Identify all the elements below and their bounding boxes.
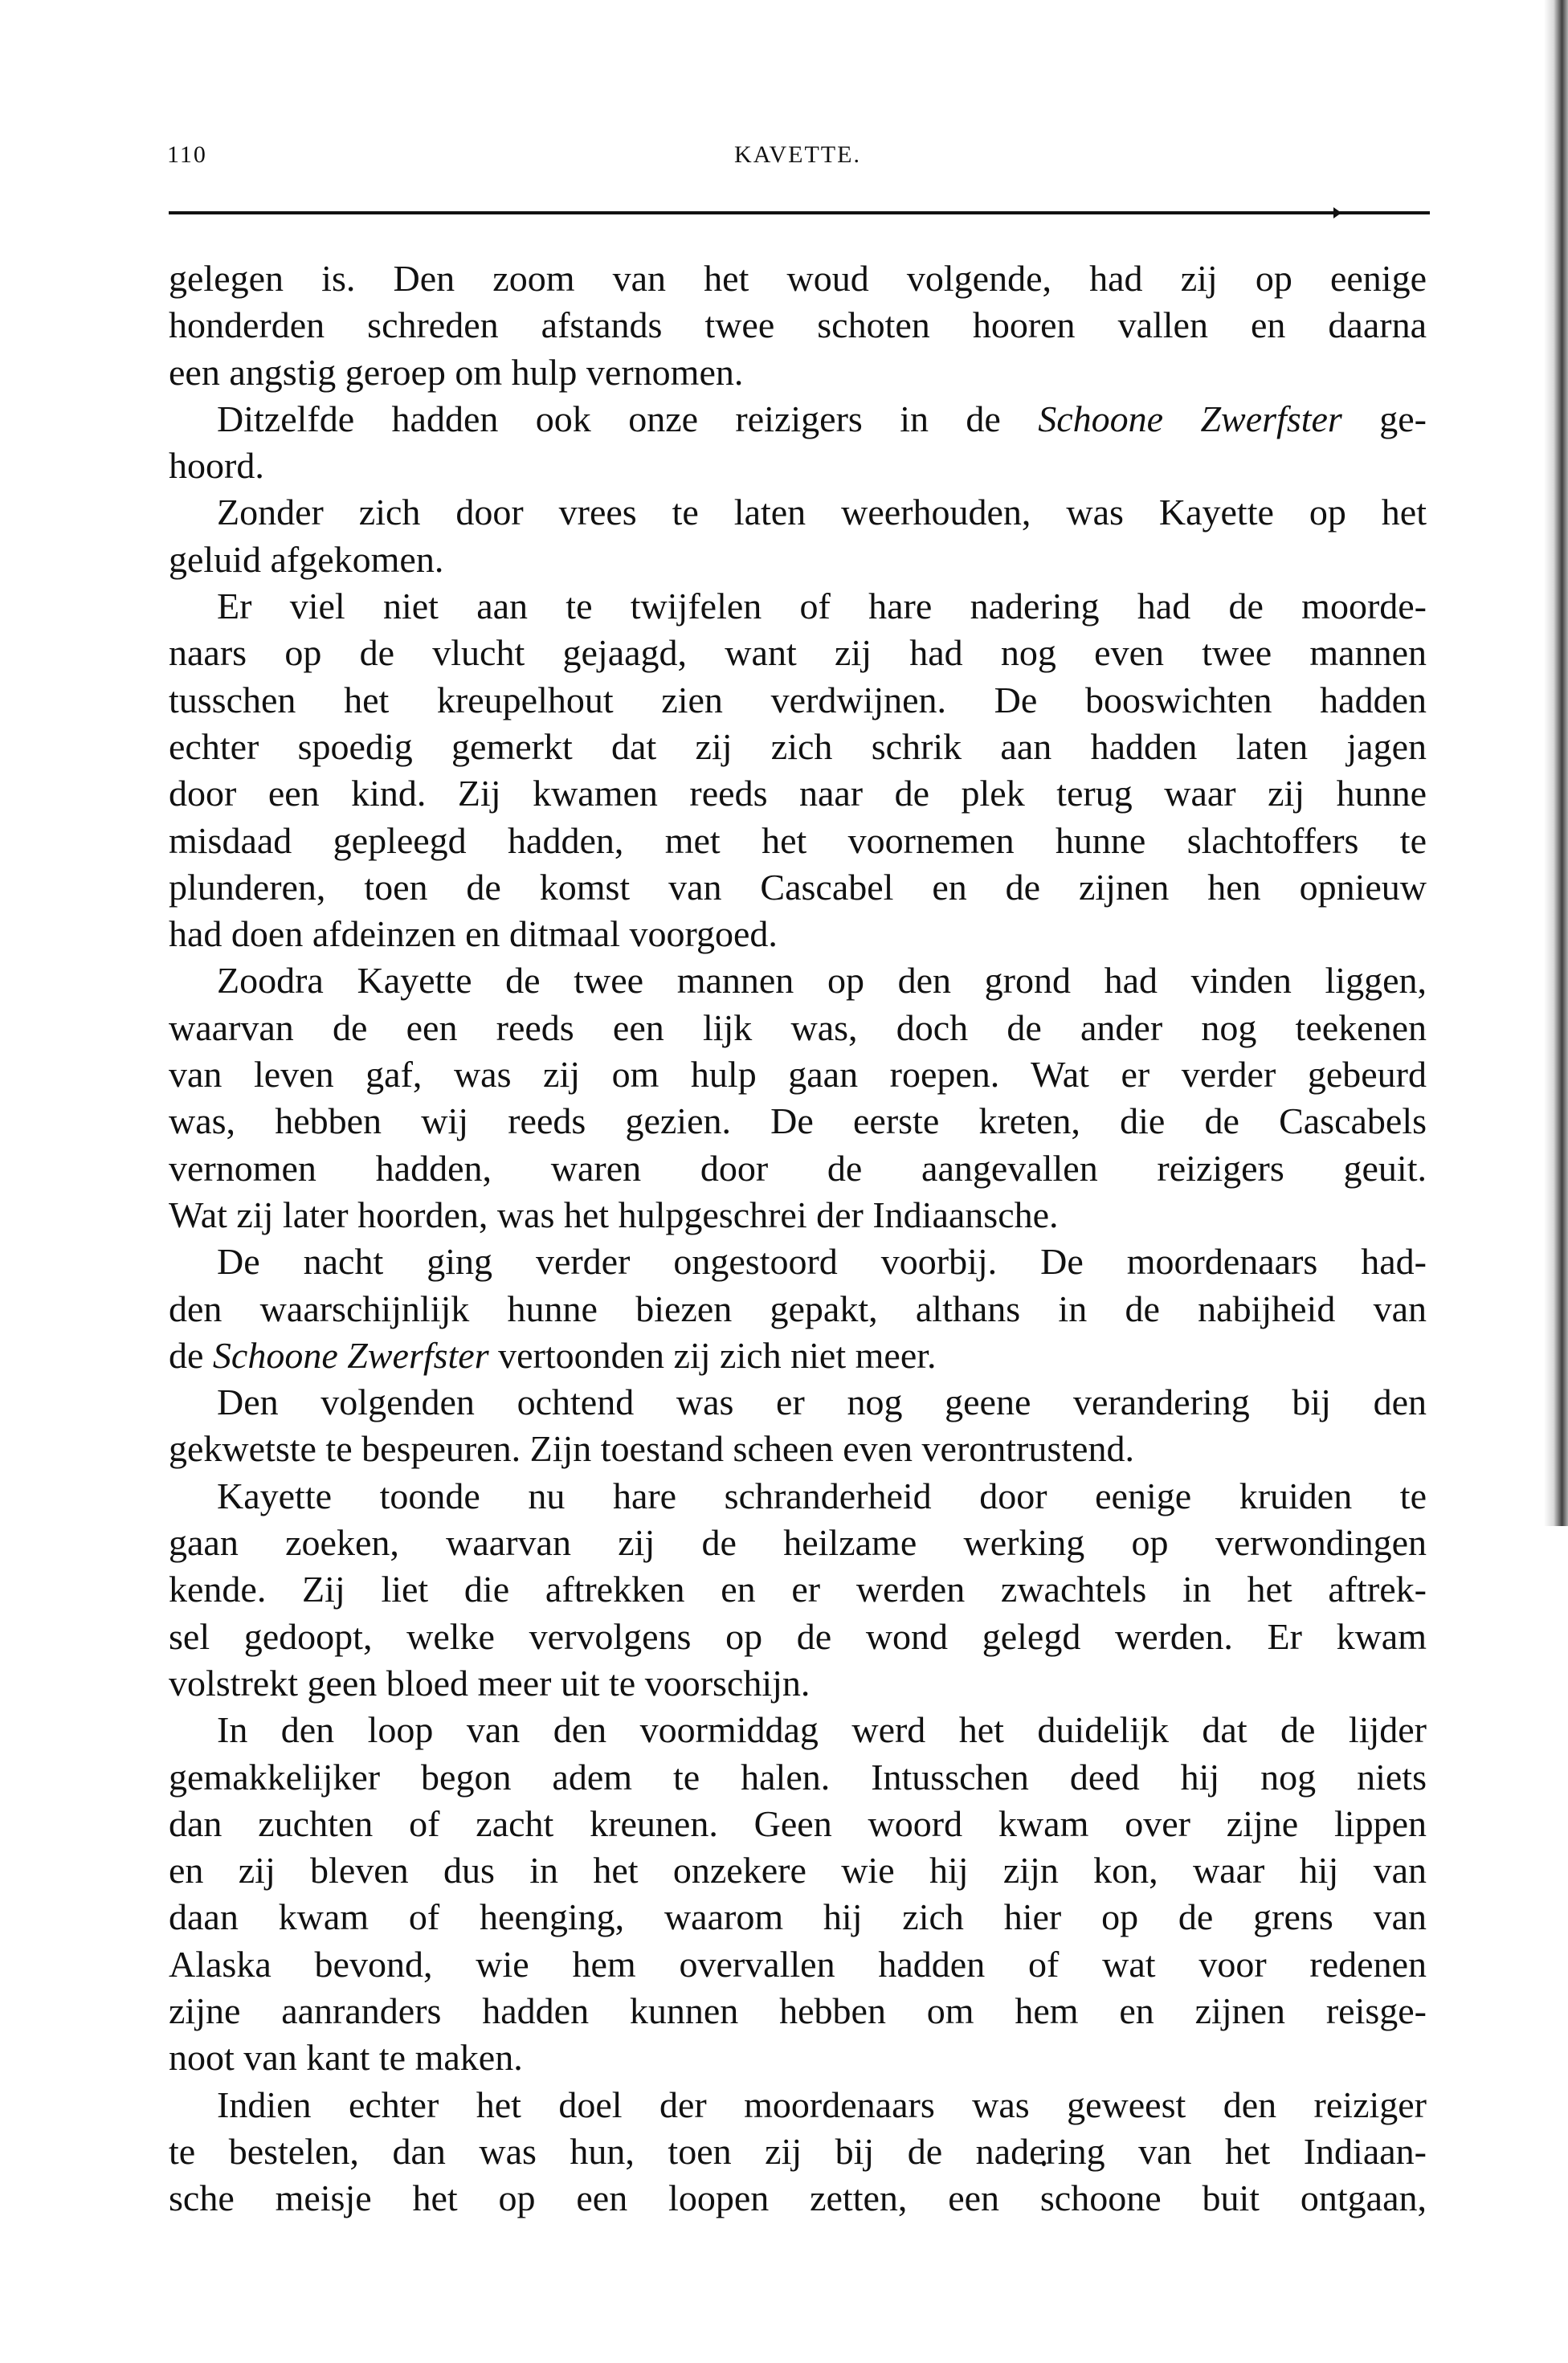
running-head: 110 KAVETTE. bbox=[167, 141, 1428, 177]
paragraph: Indien echter het doel der moordenaars w… bbox=[169, 2082, 1427, 2222]
text-line: Kayette toonde nu hare schranderheid doo… bbox=[169, 1473, 1427, 1520]
rule-arrow-mark bbox=[1333, 207, 1341, 218]
italic-ship-name: Schoone Zwerfster bbox=[213, 1335, 489, 1376]
text-run: den waarschijnlijk hunne biezen gepakt, … bbox=[169, 1288, 1427, 1329]
paragraph: Zonder zich door vrees te laten weerhoud… bbox=[169, 489, 1427, 583]
text-line: zijne aanranders hadden kunnen hebben om… bbox=[169, 1988, 1427, 2034]
text-run: volstrekt geen bloed meer uit te voorsch… bbox=[169, 1663, 810, 1704]
scan-edge-shadow bbox=[1544, 0, 1568, 1526]
text-line: plunderen, toen de komst van Cascabel en… bbox=[169, 864, 1427, 911]
text-line: naars op de vlucht gejaagd, want zij had… bbox=[169, 630, 1427, 676]
text-run: geluid afgekomen. bbox=[169, 539, 443, 580]
text-run: daan kwam of heenging, waarom hij zich h… bbox=[169, 1896, 1427, 1937]
text-run: Indien echter het doel der moordenaars w… bbox=[217, 2084, 1427, 2125]
text-run: vernomen hadden, waren door de aangevall… bbox=[169, 1148, 1427, 1189]
text-line: volstrekt geen bloed meer uit te voorsch… bbox=[169, 1660, 1427, 1707]
text-run: plunderen, toen de komst van Cascabel en… bbox=[169, 867, 1427, 908]
text-line: gekwetste te bespeuren. Zijn toestand sc… bbox=[169, 1426, 1427, 1472]
text-line: had doen afdeinzen en ditmaal voorgoed. bbox=[169, 911, 1427, 957]
text-line: hoord. bbox=[169, 443, 1427, 489]
text-line: Indien echter het doel der moordenaars w… bbox=[169, 2082, 1427, 2128]
paragraph: gelegen is. Den zoom van het woud volgen… bbox=[169, 255, 1427, 396]
text-line: Den volgenden ochtend was er nog geene v… bbox=[169, 1379, 1427, 1426]
paragraph: Den volgenden ochtend was er nog geene v… bbox=[169, 1379, 1427, 1473]
text-run: noot van kant te maken. bbox=[169, 2037, 523, 2078]
text-run: gekwetste te bespeuren. Zijn toestand sc… bbox=[169, 1428, 1134, 1469]
text-run: misdaad gepleegd hadden, met het voornem… bbox=[169, 820, 1427, 861]
text-line: den waarschijnlijk hunne biezen gepakt, … bbox=[169, 1286, 1427, 1333]
text-run: vertoonden zij zich niet meer. bbox=[489, 1335, 937, 1376]
text-run: Kayette toonde nu hare schranderheid doo… bbox=[217, 1475, 1427, 1516]
text-run: hoord. bbox=[169, 445, 264, 486]
text-run: waarvan de een reeds een lijk was, doch … bbox=[169, 1007, 1427, 1048]
italic-ship-name: Schoone Zwerfster bbox=[1038, 398, 1342, 439]
text-run: was, hebben wij reeds gezien. De eerste … bbox=[169, 1100, 1427, 1141]
text-run: tusschen het kreupelhout zien verdwijnen… bbox=[169, 680, 1427, 720]
text-line: Ditzelfde hadden ook onze reizigers in d… bbox=[169, 396, 1427, 443]
text-line: gaan zoeken, waarvan zij de heilzame wer… bbox=[169, 1520, 1427, 1566]
paragraph: Kayette toonde nu hare schranderheid doo… bbox=[169, 1473, 1427, 1707]
text-line: Alaska bevond, wie hem overvallen hadden… bbox=[169, 1941, 1427, 1988]
header-rule bbox=[169, 211, 1430, 214]
book-page: 110 KAVETTE. gelegen is. Den zoom van he… bbox=[0, 0, 1568, 2363]
text-line: en zij bleven dus in het onzekere wie hi… bbox=[169, 1847, 1427, 1894]
text-line: vernomen hadden, waren door de aangevall… bbox=[169, 1145, 1427, 1192]
text-line: De nacht ging verder ongestoord voorbij.… bbox=[169, 1239, 1427, 1285]
text-run: Alaska bevond, wie hem overvallen hadden… bbox=[169, 1944, 1427, 1985]
text-line: waarvan de een reeds een lijk was, doch … bbox=[169, 1005, 1427, 1051]
text-run: en zij bleven dus in het onzekere wie hi… bbox=[169, 1850, 1427, 1891]
text-line: gemakkelijker begon adem te halen. Intus… bbox=[169, 1754, 1427, 1801]
text-line: kende. Zij liet die aftrekken en er werd… bbox=[169, 1566, 1427, 1613]
text-run: Wat zij later hoorden, was het hulpgesch… bbox=[169, 1194, 1059, 1235]
text-run: Zonder zich door vrees te laten weerhoud… bbox=[217, 492, 1427, 533]
text-line: een angstig geroep om hulp vernomen. bbox=[169, 349, 1427, 396]
text-line: tusschen het kreupelhout zien verdwijnen… bbox=[169, 677, 1427, 724]
text-run: door een kind. Zij kwamen reeds naar de … bbox=[169, 773, 1427, 814]
text-line: sel gedoopt, welke vervolgens op de wond… bbox=[169, 1614, 1427, 1660]
paragraph: Zoodra Kayette de twee mannen op den gro… bbox=[169, 957, 1427, 1239]
paragraph: Er viel niet aan te twijfelen of hare na… bbox=[169, 583, 1427, 957]
text-run: sel gedoopt, welke vervolgens op de wond… bbox=[169, 1616, 1427, 1657]
text-run: van leven gaf, was zij om hulp gaan roep… bbox=[169, 1054, 1427, 1095]
text-line: te bestelen, dan was hun, toen zij bij d… bbox=[169, 2128, 1427, 2175]
text-run: Den volgenden ochtend was er nog geene v… bbox=[217, 1381, 1427, 1422]
text-run: zijne aanranders hadden kunnen hebben om… bbox=[169, 1990, 1427, 2031]
text-line: echter spoedig gemerkt dat zij zich schr… bbox=[169, 724, 1427, 770]
text-line: misdaad gepleegd hadden, met het voornem… bbox=[169, 818, 1427, 864]
text-line: was, hebben wij reeds gezien. De eerste … bbox=[169, 1098, 1427, 1145]
text-run: Er viel niet aan te twijfelen of hare na… bbox=[217, 586, 1427, 626]
body-text: gelegen is. Den zoom van het woud volgen… bbox=[169, 255, 1427, 2222]
text-run: ge- bbox=[1342, 398, 1427, 439]
text-run: Zoodra Kayette de twee mannen op den gro… bbox=[217, 960, 1427, 1001]
text-line: Zoodra Kayette de twee mannen op den gro… bbox=[169, 957, 1427, 1004]
text-run: naars op de vlucht gejaagd, want zij had… bbox=[169, 632, 1427, 673]
text-line: sche meisje het op een loopen zetten, ee… bbox=[169, 2175, 1427, 2222]
text-run: dan zuchten of zacht kreunen. Geen woord… bbox=[169, 1803, 1427, 1844]
paragraph: In den loop van den voormiddag werd het … bbox=[169, 1707, 1427, 2081]
text-run: gaan zoeken, waarvan zij de heilzame wer… bbox=[169, 1522, 1427, 1563]
text-run: In den loop van den voormiddag werd het … bbox=[217, 1709, 1427, 1750]
text-line: gelegen is. Den zoom van het woud volgen… bbox=[169, 255, 1427, 302]
text-run: de bbox=[169, 1335, 213, 1376]
text-line: door een kind. Zij kwamen reeds naar de … bbox=[169, 770, 1427, 817]
text-line: de Schoone Zwerfster vertoonden zij zich… bbox=[169, 1333, 1427, 1379]
text-line: geluid afgekomen. bbox=[169, 537, 1427, 583]
text-run: een angstig geroep om hulp vernomen. bbox=[169, 352, 743, 393]
text-run: Ditzelfde hadden ook onze reizigers in d… bbox=[217, 398, 1038, 439]
text-run: kende. Zij liet die aftrekken en er werd… bbox=[169, 1569, 1427, 1610]
text-run: gemakkelijker begon adem te halen. Intus… bbox=[169, 1757, 1427, 1798]
text-run: honderden schreden afstands twee schoten… bbox=[169, 304, 1427, 345]
text-run: gelegen is. Den zoom van het woud volgen… bbox=[169, 258, 1427, 299]
text-line: dan zuchten of zacht kreunen. Geen woord… bbox=[169, 1801, 1427, 1847]
text-run: sche meisje het op een loopen zetten, ee… bbox=[169, 2177, 1427, 2218]
text-run: echter spoedig gemerkt dat zij zich schr… bbox=[169, 726, 1427, 767]
text-line: Wat zij later hoorden, was het hulpgesch… bbox=[169, 1192, 1427, 1239]
text-line: van leven gaf, was zij om hulp gaan roep… bbox=[169, 1051, 1427, 1098]
text-run: had doen afdeinzen en ditmaal voorgoed. bbox=[169, 913, 778, 954]
running-title: KAVETTE. bbox=[167, 141, 1428, 169]
text-run: De nacht ging verder ongestoord voorbij.… bbox=[217, 1241, 1427, 1282]
text-line: noot van kant te maken. bbox=[169, 2034, 1427, 2081]
text-line: daan kwam of heenging, waarom hij zich h… bbox=[169, 1894, 1427, 1941]
paragraph: Ditzelfde hadden ook onze reizigers in d… bbox=[169, 396, 1427, 490]
text-line: Er viel niet aan te twijfelen of hare na… bbox=[169, 583, 1427, 630]
text-line: In den loop van den voormiddag werd het … bbox=[169, 1707, 1427, 1753]
paragraph: De nacht ging verder ongestoord voorbij.… bbox=[169, 1239, 1427, 1379]
text-line: Zonder zich door vrees te laten weerhoud… bbox=[169, 489, 1427, 536]
text-run: te bestelen, dan was hun, toen zij bij d… bbox=[169, 2131, 1427, 2172]
ink-speck bbox=[1042, 2161, 1046, 2166]
text-line: honderden schreden afstands twee schoten… bbox=[169, 302, 1427, 349]
